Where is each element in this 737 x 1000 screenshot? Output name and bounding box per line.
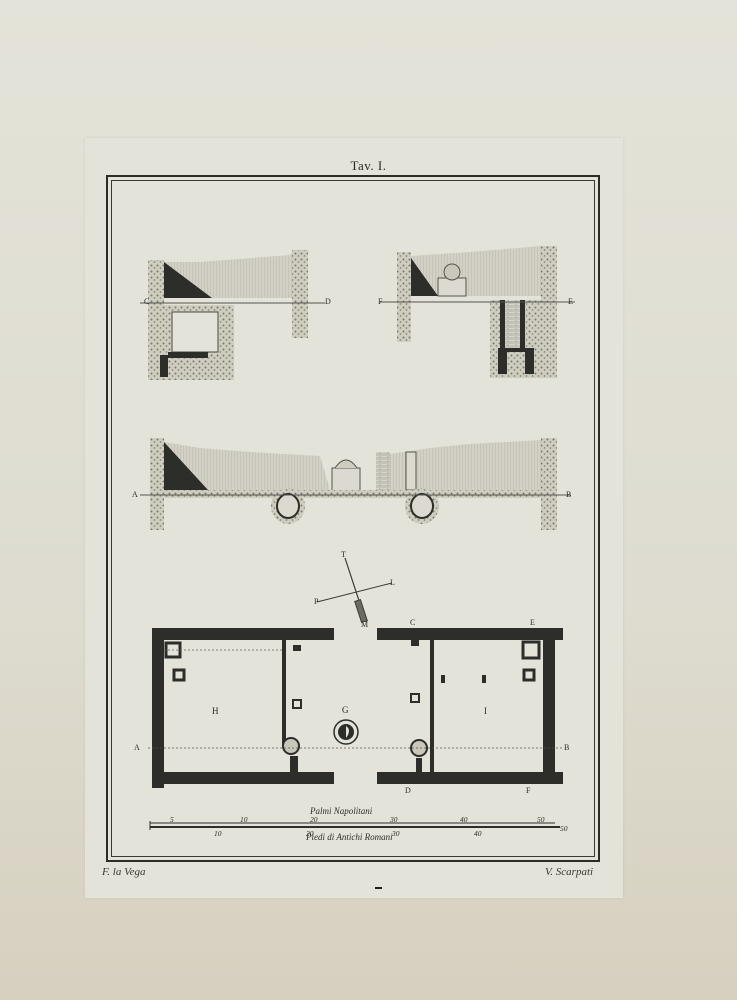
section-label-e: E <box>568 297 573 306</box>
plan-label-b: B <box>564 743 569 752</box>
scale-upper-label: Palmi Napolitani <box>310 806 372 816</box>
plate-center-mark <box>375 887 382 889</box>
plan-label-e: E <box>530 618 535 627</box>
scale-upper-tick: 50 <box>537 815 545 824</box>
section-label-a: A <box>132 490 138 499</box>
scale-lower-label: Piedi di Antichi Romani <box>306 832 393 842</box>
plan-label-a: A <box>134 743 140 752</box>
section-label-d: D <box>325 297 331 306</box>
section-label-f: F <box>378 297 382 306</box>
engraving-drawing <box>0 0 737 1000</box>
scale-upper-tick: 20 <box>310 815 318 824</box>
section-label-b: B <box>566 490 571 499</box>
section-ab-drawing <box>140 438 570 530</box>
plan-label-f: F <box>526 786 530 795</box>
plan-center-g <box>334 720 358 744</box>
plan-label-d: D <box>405 786 411 795</box>
compass-label-north: T <box>341 550 346 559</box>
plan-label-g: G <box>342 705 349 715</box>
section-label-c: C <box>144 297 149 306</box>
scale-lower-tick: 10 <box>214 829 222 838</box>
compass-label-east: L <box>390 578 395 587</box>
scale-upper-tick: 40 <box>460 815 468 824</box>
section-cd-drawing <box>140 250 325 380</box>
compass-rose <box>317 558 392 622</box>
compass-label-south: M <box>361 620 368 629</box>
scale-upper-tick: 5 <box>170 815 174 824</box>
plan-room-i <box>377 628 563 784</box>
engraver-signature-left: F. la Vega <box>102 866 146 878</box>
engraver-signature-right: V. Scarpati <box>545 866 593 878</box>
section-fe-drawing <box>380 246 575 378</box>
plan-label-c: C <box>410 618 415 627</box>
room-label-h: H <box>212 706 219 716</box>
compass-label-west: P <box>314 597 318 606</box>
plan-room-h <box>152 628 334 788</box>
scale-upper-tick: 10 <box>240 815 248 824</box>
scale-lower-tick: 50 <box>560 824 568 833</box>
scale-upper-tick: 30 <box>390 815 398 824</box>
scale-lower-tick: 40 <box>474 829 482 838</box>
scale-lower-tick: 20 <box>306 829 314 838</box>
scale-lower-tick: 30 <box>392 829 400 838</box>
scale-bar <box>150 821 560 830</box>
room-label-i: I <box>484 706 487 716</box>
